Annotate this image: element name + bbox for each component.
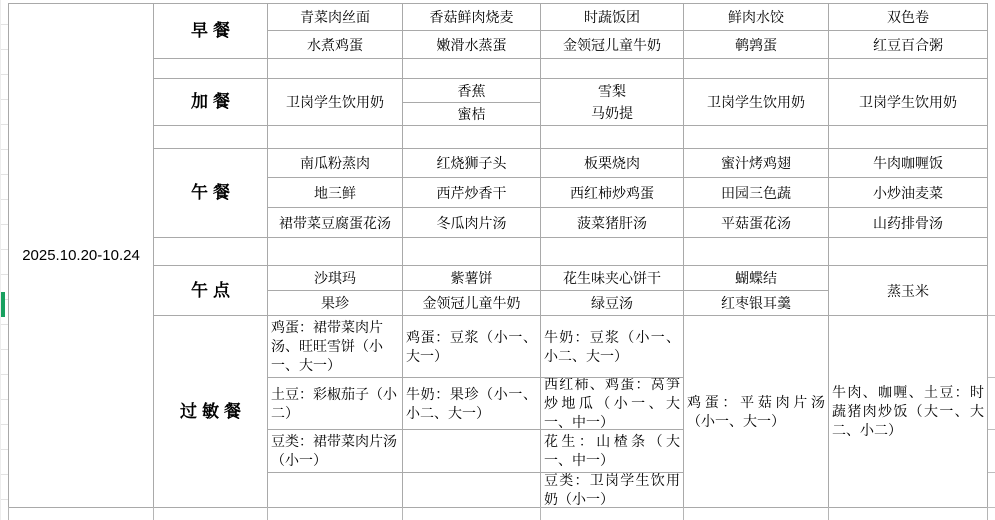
cell-breakfast-day1-dish2[interactable]: 水煮鸡蛋 — [268, 31, 403, 59]
gridline — [8, 507, 9, 520]
allergy-note: 西红柿、鸡蛋：莴笋炒地瓜（小一、大一、中一） — [544, 378, 680, 430]
cell-allergy-day3-item1[interactable]: 牛奶：豆浆（小一、小二、大一） — [541, 316, 684, 378]
cell-breakfast-day3-dish1[interactable]: 时蔬饭团 — [541, 4, 684, 31]
cell-lunch-day3-dish2[interactable]: 西红柿炒鸡蛋 — [541, 178, 684, 208]
cell-lunch-day2-dish1[interactable]: 红烧狮子头 — [403, 149, 541, 178]
dish-label: 小炒油麦菜 — [829, 183, 987, 203]
empty-cell[interactable] — [684, 238, 829, 266]
gridline — [540, 507, 541, 520]
cell-lunch-day1-dish3[interactable]: 裙带菜豆腐蛋花汤 — [268, 208, 403, 238]
cell-lunch-day4-dish3[interactable]: 平菇蛋花汤 — [684, 208, 829, 238]
dish-label: 菠菜猪肝汤 — [541, 213, 683, 233]
gridline — [987, 507, 988, 520]
dish-label: 沙琪玛 — [268, 268, 402, 288]
cell-afternoon-day4-item2[interactable]: 红枣银耳羹 — [684, 291, 829, 316]
cell-header-breakfast[interactable]: 早餐 — [154, 4, 268, 59]
dish-label: 红豆百合粥 — [829, 35, 987, 55]
allergy-note: 鸡蛋：裙带菜肉片汤、旺旺雪饼（小一、大一） — [271, 318, 399, 375]
cell-lunch-day4-dish2[interactable]: 田园三色蔬 — [684, 178, 829, 208]
empty-cell[interactable] — [541, 238, 684, 266]
dish-label: 鹌鹑蛋 — [684, 35, 828, 55]
empty-cell[interactable] — [541, 126, 684, 149]
cell-breakfast-day5-dish2[interactable]: 红豆百合粥 — [829, 31, 988, 59]
dish-label: 山药排骨汤 — [829, 213, 987, 233]
cell-extra-day1[interactable]: 卫岗学生饮用奶 — [268, 79, 403, 126]
dish-label: 田园三色蔬 — [684, 183, 828, 203]
cell-allergy-day1-item2[interactable]: 土豆：彩椒茄子（小二） — [268, 378, 403, 430]
cell-header-allergy-meal[interactable]: 过敏餐 — [154, 316, 268, 508]
cell-date-range[interactable]: 2025.10.20-10.24 — [9, 4, 154, 508]
dish-label: 卫岗学生饮用奶 — [684, 92, 828, 112]
dish-label: 水煮鸡蛋 — [268, 35, 402, 55]
cell-afternoon-day5[interactable]: 蒸玉米 — [829, 266, 988, 316]
dish-label: 平菇蛋花汤 — [684, 213, 828, 233]
allergy-note: 豆类：裙带菜肉片汤（小一） — [271, 432, 399, 470]
cell-extra-day2-item2[interactable]: 蜜桔 — [403, 103, 541, 126]
afternoon-snack-label: 午点 — [154, 281, 267, 301]
date-range-label: 2025.10.20-10.24 — [9, 246, 153, 266]
cell-header-lunch[interactable]: 午餐 — [154, 149, 268, 238]
dish-label: 时蔬饭团 — [541, 7, 683, 27]
cell-lunch-day5-dish2[interactable]: 小炒油麦菜 — [829, 178, 988, 208]
empty-cell[interactable] — [268, 473, 403, 508]
gridline — [987, 315, 995, 316]
row-selection-indicator — [1, 292, 5, 317]
dish-label: 蜜汁烤鸡翅 — [684, 153, 828, 173]
dish-label: 西红柿炒鸡蛋 — [541, 183, 683, 203]
dish-label: 蝴蝶结 — [684, 268, 828, 288]
dish-label: 地三鲜 — [268, 183, 402, 203]
cell-afternoon-day1-item2[interactable]: 果珍 — [268, 291, 403, 316]
cell-lunch-day4-dish1[interactable]: 蜜汁烤鸡翅 — [684, 149, 829, 178]
cell-lunch-day5-dish1[interactable]: 牛肉咖喱饭 — [829, 149, 988, 178]
cell-allergy-day3-item2[interactable]: 西红柿、鸡蛋：莴笋炒地瓜（小一、大一、中一） — [541, 378, 684, 430]
cell-lunch-day3-dish1[interactable]: 板栗烧肉 — [541, 149, 684, 178]
cell-allergy-day3-item4[interactable]: 豆类：卫岗学生饮用奶（小一） — [541, 473, 684, 508]
allergy-note: 牛肉、咖喱、土豆：时蔬猪肉炒饭（大一、大二、小二） — [832, 383, 984, 440]
dish-label: 冬瓜肉片汤 — [403, 213, 540, 233]
dish-label: 牛肉咖喱饭 — [829, 153, 987, 173]
cell-allergy-day5[interactable]: 牛肉、咖喱、土豆：时蔬猪肉炒饭（大一、大二、小二） — [829, 316, 988, 508]
cell-lunch-day5-dish3[interactable]: 山药排骨汤 — [829, 208, 988, 238]
cell-breakfast-day4-dish1[interactable]: 鲜肉水饺 — [684, 4, 829, 31]
gridline — [987, 507, 995, 508]
dish-label: 雪梨 — [541, 80, 683, 102]
empty-cell[interactable] — [684, 126, 829, 149]
dish-label: 西芹炒香干 — [403, 183, 540, 203]
gridline — [683, 507, 684, 520]
gridline — [828, 507, 829, 520]
dish-label: 金领冠儿童牛奶 — [403, 293, 540, 313]
cell-afternoon-day4-item1[interactable]: 蝴蝶结 — [684, 266, 829, 291]
cell-header-extra-meal[interactable]: 加餐 — [154, 79, 268, 126]
allergy-note: 鸡蛋：平菇肉片汤（小一、大一） — [687, 393, 825, 431]
gridline — [987, 472, 995, 473]
dish-label: 绿豆汤 — [541, 293, 683, 313]
cell-breakfast-day4-dish2[interactable]: 鹌鹑蛋 — [684, 31, 829, 59]
cell-extra-day4[interactable]: 卫岗学生饮用奶 — [684, 79, 829, 126]
dish-label: 蒸玉米 — [829, 281, 987, 301]
spreadsheet-menu: 2025.10.20-10.24 早餐 加餐 午餐 午点 过敏餐 青菜肉丝面 水… — [0, 0, 995, 520]
dish-label: 板栗烧肉 — [541, 153, 683, 173]
dish-label: 马奶提 — [541, 102, 683, 124]
empty-cell[interactable] — [154, 126, 268, 149]
dish-label: 南瓜粉蒸肉 — [268, 153, 402, 173]
dish-label: 紫薯饼 — [403, 268, 540, 288]
cell-allergy-day1-item3[interactable]: 豆类：裙带菜肉片汤（小一） — [268, 430, 403, 473]
cell-lunch-day1-dish2[interactable]: 地三鲜 — [268, 178, 403, 208]
empty-cell[interactable] — [829, 126, 988, 149]
cell-lunch-day2-dish3[interactable]: 冬瓜肉片汤 — [403, 208, 541, 238]
extra-meal-label: 加餐 — [154, 92, 267, 112]
cell-lunch-day3-dish3[interactable]: 菠菜猪肝汤 — [541, 208, 684, 238]
empty-cell[interactable] — [829, 59, 988, 79]
dish-label: 裙带菜豆腐蛋花汤 — [268, 213, 402, 233]
empty-cell[interactable] — [154, 59, 268, 79]
cell-allergy-day4[interactable]: 鸡蛋：平菇肉片汤（小一、大一） — [684, 316, 829, 508]
cell-allergy-day2-item2[interactable]: 牛奶：果珍（小一、小二、大一） — [403, 378, 541, 430]
dish-label: 青菜肉丝面 — [268, 7, 402, 27]
empty-cell[interactable] — [684, 59, 829, 79]
cell-afternoon-day3-item1[interactable]: 花生味夹心饼干 — [541, 266, 684, 291]
dish-label: 金领冠儿童牛奶 — [541, 35, 683, 55]
breakfast-label: 早餐 — [154, 21, 267, 41]
allergy-note: 花生：山楂条（大一、中一） — [544, 432, 680, 470]
sheet-right-gutter-column[interactable] — [987, 0, 995, 520]
gridline — [402, 507, 403, 520]
gridline — [153, 507, 154, 520]
lunch-label: 午餐 — [154, 183, 267, 203]
cell-afternoon-day1-item1[interactable]: 沙琪玛 — [268, 266, 403, 291]
menu-table: 2025.10.20-10.24 早餐 加餐 午餐 午点 过敏餐 青菜肉丝面 水… — [8, 3, 988, 508]
cell-breakfast-day2-dish1[interactable]: 香菇鲜肉烧麦 — [403, 4, 541, 31]
cell-breakfast-day1-dish1[interactable]: 青菜肉丝面 — [268, 4, 403, 31]
empty-cell[interactable] — [403, 126, 541, 149]
cell-allergy-day1-item1[interactable]: 鸡蛋：裙带菜肉片汤、旺旺雪饼（小一、大一） — [268, 316, 403, 378]
empty-cell[interactable] — [403, 59, 541, 79]
cell-breakfast-day2-dish2[interactable]: 嫩滑水蒸蛋 — [403, 31, 541, 59]
cell-afternoon-day3-item2[interactable]: 绿豆汤 — [541, 291, 684, 316]
allergy-note: 鸡蛋：豆浆（小一、大一） — [406, 328, 537, 366]
empty-cell[interactable] — [268, 59, 403, 79]
dish-label: 香菇鲜肉烧麦 — [403, 7, 540, 27]
empty-cell[interactable] — [541, 59, 684, 79]
cell-allergy-day2-item1[interactable]: 鸡蛋：豆浆（小一、大一） — [403, 316, 541, 378]
empty-cell[interactable] — [268, 126, 403, 149]
gridline — [267, 507, 268, 520]
dish-label: 果珍 — [268, 293, 402, 313]
dish-label: 蜜桔 — [403, 104, 540, 124]
empty-cell[interactable] — [829, 238, 988, 266]
cell-header-afternoon-snack[interactable]: 午点 — [154, 266, 268, 316]
allergy-note: 牛奶：果珍（小一、小二、大一） — [406, 385, 537, 423]
allergy-meal-label: 过敏餐 — [154, 402, 267, 422]
cell-breakfast-day5-dish1[interactable]: 双色卷 — [829, 4, 988, 31]
allergy-note: 豆类：卫岗学生饮用奶（小一） — [544, 473, 680, 508]
empty-cell[interactable] — [154, 238, 268, 266]
allergy-note: 牛奶：豆浆（小一、小二、大一） — [544, 328, 680, 366]
empty-cell[interactable] — [403, 430, 541, 473]
cell-allergy-day3-item3[interactable]: 花生：山楂条（大一、中一） — [541, 430, 684, 473]
dish-label: 香蕉 — [403, 81, 540, 101]
dish-label: 嫩滑水蒸蛋 — [403, 35, 540, 55]
cell-breakfast-day3-dish2[interactable]: 金领冠儿童牛奶 — [541, 31, 684, 59]
gridline — [987, 377, 995, 378]
empty-cell[interactable] — [403, 473, 541, 508]
cell-lunch-day2-dish2[interactable]: 西芹炒香干 — [403, 178, 541, 208]
dish-label: 卫岗学生饮用奶 — [829, 92, 987, 112]
cell-lunch-day1-dish1[interactable]: 南瓜粉蒸肉 — [268, 149, 403, 178]
allergy-note: 土豆：彩椒茄子（小二） — [271, 385, 399, 423]
cell-extra-day3[interactable]: 雪梨 马奶提 — [541, 79, 684, 126]
cell-afternoon-day2-item1[interactable]: 紫薯饼 — [403, 266, 541, 291]
gridline — [987, 429, 995, 430]
empty-cell[interactable] — [268, 238, 403, 266]
cell-afternoon-day2-item2[interactable]: 金领冠儿童牛奶 — [403, 291, 541, 316]
cell-extra-day2-item1[interactable]: 香蕉 — [403, 79, 541, 103]
dish-label: 红枣银耳羹 — [684, 293, 828, 313]
dish-label: 花生味夹心饼干 — [541, 268, 683, 288]
cell-extra-day5[interactable]: 卫岗学生饮用奶 — [829, 79, 988, 126]
dish-label: 红烧狮子头 — [403, 153, 540, 173]
dish-label: 鲜肉水饺 — [684, 7, 828, 27]
dish-label: 卫岗学生饮用奶 — [268, 92, 402, 112]
empty-cell[interactable] — [403, 238, 541, 266]
dish-label: 双色卷 — [829, 7, 987, 27]
